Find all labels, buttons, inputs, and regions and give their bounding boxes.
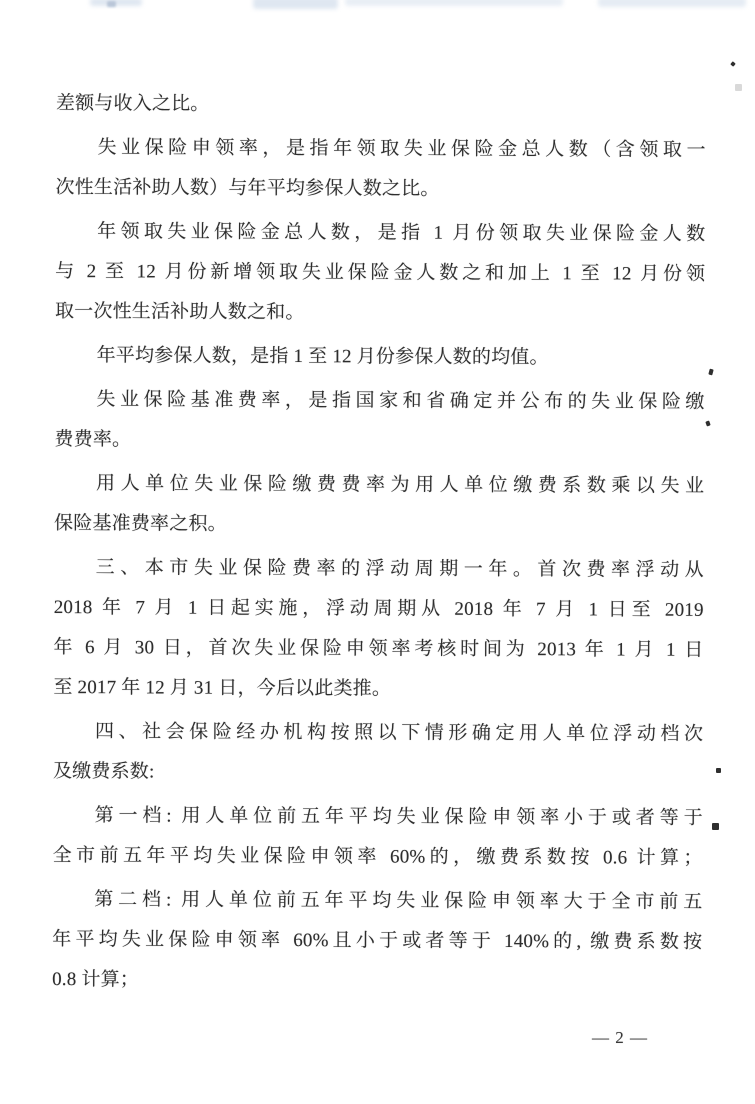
scan-smudge bbox=[253, 0, 338, 9]
text-line: 失业保险申领率，是指年领取失业保险金总人数（含领取一 bbox=[56, 128, 706, 171]
scan-speck bbox=[730, 61, 736, 67]
text-line: 年 6 月 30 日，首次失业保险申领率考核时间为 2013 年 1 月 1 日 bbox=[53, 628, 703, 671]
text-line: 取一次性生活补助人数之和。 bbox=[55, 292, 705, 335]
scan-smudge bbox=[598, 0, 746, 7]
text-line: 与 2 至 12 月份新增领取失业保险金人数之和加上 1 至 12 月份领 bbox=[55, 252, 705, 295]
text-line: 第二档: 用人单位前五年平均失业保险申领率大于全市前五 bbox=[52, 880, 702, 923]
scan-speck bbox=[735, 84, 742, 91]
scan-speck bbox=[716, 768, 721, 773]
text-line: 第一档: 用人单位前五年平均失业保险申领率小于或者等于 bbox=[53, 796, 703, 839]
scan-smudge bbox=[107, 1, 116, 7]
text-line: 全市前五年平均失业保险申领率 60%的，缴费系数按 0.6 计算； bbox=[53, 836, 703, 879]
text-line: 差额与收入之比。 bbox=[56, 84, 706, 127]
scan-speck bbox=[705, 420, 710, 426]
text-line: 2018 年 7 月 1 日起实施，浮动周期从 2018 年 7 月 1 日至 … bbox=[54, 588, 704, 631]
text-line: 年平均失业保险申领率 60%且小于或者等于 140%的, 缴费系数按 bbox=[52, 920, 702, 963]
text-line: 年领取失业保险金总人数，是指 1 月份领取失业保险金人数 bbox=[55, 212, 705, 255]
text-line: 年平均参保人数，是指 1 至 12 月份参保人数的均值。 bbox=[55, 336, 705, 379]
scanned-document-page: 差额与收入之比。 失业保险申领率，是指年领取失业保险金总人数（含领取一 次性生活… bbox=[0, 0, 755, 1104]
scan-smudge bbox=[345, 0, 563, 6]
text-line: 失业保险基准费率，是指国家和省确定并公布的失业保险缴 bbox=[55, 380, 705, 423]
scan-speck bbox=[708, 369, 713, 376]
scan-smudge bbox=[90, 0, 142, 6]
text-line: 四、社会保险经办机构按照以下情形确定用人单位浮动档次 bbox=[53, 712, 703, 755]
text-line: 保险基准费率之积。 bbox=[54, 504, 704, 547]
text-line: 次性生活补助人数）与年平均参保人数之比。 bbox=[55, 168, 705, 211]
document-body: 差额与收入之比。 失业保险申领率，是指年领取失业保险金总人数（含领取一 次性生活… bbox=[52, 84, 706, 1003]
text-line: 三、本市失业保险费率的浮动周期一年。首次费率浮动从 bbox=[54, 548, 704, 591]
text-line: 0.8 计算； bbox=[52, 960, 702, 1003]
text-line: 及缴费系数: bbox=[53, 752, 703, 795]
page-number: — 2 — bbox=[592, 1028, 652, 1048]
text-line: 用人单位失业保险缴费费率为用人单位缴费系数乘以失业 bbox=[54, 464, 704, 507]
text-line: 至 2017 年 12 月 31 日，今后以此类推。 bbox=[53, 668, 703, 711]
scan-speck bbox=[712, 823, 719, 830]
text-line: 费费率。 bbox=[54, 420, 704, 463]
